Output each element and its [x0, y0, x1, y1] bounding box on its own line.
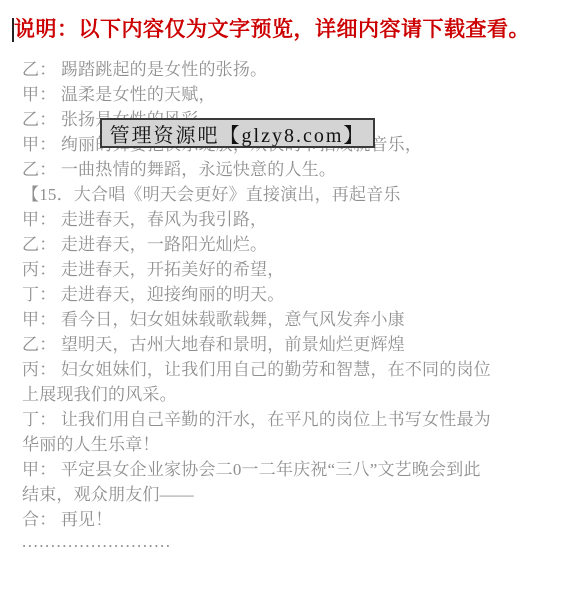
- script-line: 乙： 一曲热情的舞蹈，永远快意的人生。: [14, 157, 558, 182]
- script-line: 甲： 看今日，妇女姐妹载歌载舞，意气风发奔小康: [14, 307, 558, 332]
- ellipsis-line: ..........................: [14, 534, 558, 550]
- script-line: 丙： 妇女姐妹们，让我们用自己的勤劳和智慧，在不同的岗位: [14, 357, 558, 382]
- script-line: 丙： 走进春天，开拓美好的希望，: [14, 257, 558, 282]
- script-line: 乙： 踢踏跳起的是女性的张扬。: [14, 57, 558, 82]
- watermark-text: 管理资源吧【glzy8.com】: [110, 119, 366, 148]
- script-line: 合： 再见！: [14, 507, 558, 532]
- script-line: 华丽的人生乐章！: [14, 432, 558, 457]
- script-line: 甲： 温柔是女性的天赋，: [14, 82, 558, 107]
- script-line: 甲： 平定县女企业家协会二0一二年庆祝“三八”文艺晚会到此: [14, 457, 558, 482]
- script-line: 结束，观众朋友们——: [14, 482, 558, 507]
- document-preview-page: 说明：以下内容仅为文字预览，详细内容请下载查看。 乙： 踢踏跳起的是女性的张扬。…: [0, 0, 578, 600]
- script-line: 丁： 让我们用自己辛勤的汗水，在平凡的岗位上书写女性最为: [14, 407, 558, 432]
- script-line: 【15．大合唱《明天会更好》直接演出，再起音乐: [14, 182, 558, 207]
- text-cursor: [12, 18, 14, 42]
- script-line: 甲： 走进春天，春风为我引路，: [14, 207, 558, 232]
- script-line: 乙： 望明天，古州大地春和景明，前景灿烂更辉煌: [14, 332, 558, 357]
- script-line: 上展现我们的风采。: [14, 382, 558, 407]
- watermark-badge: 管理资源吧【glzy8.com】: [100, 118, 375, 148]
- script-line: 丁： 走进春天，迎接绚丽的明天。: [14, 282, 558, 307]
- script-line: 乙： 走进春天，一路阳光灿烂。: [14, 232, 558, 257]
- preview-notice: 说明：以下内容仅为文字预览，详细内容请下载查看。: [14, 16, 558, 44]
